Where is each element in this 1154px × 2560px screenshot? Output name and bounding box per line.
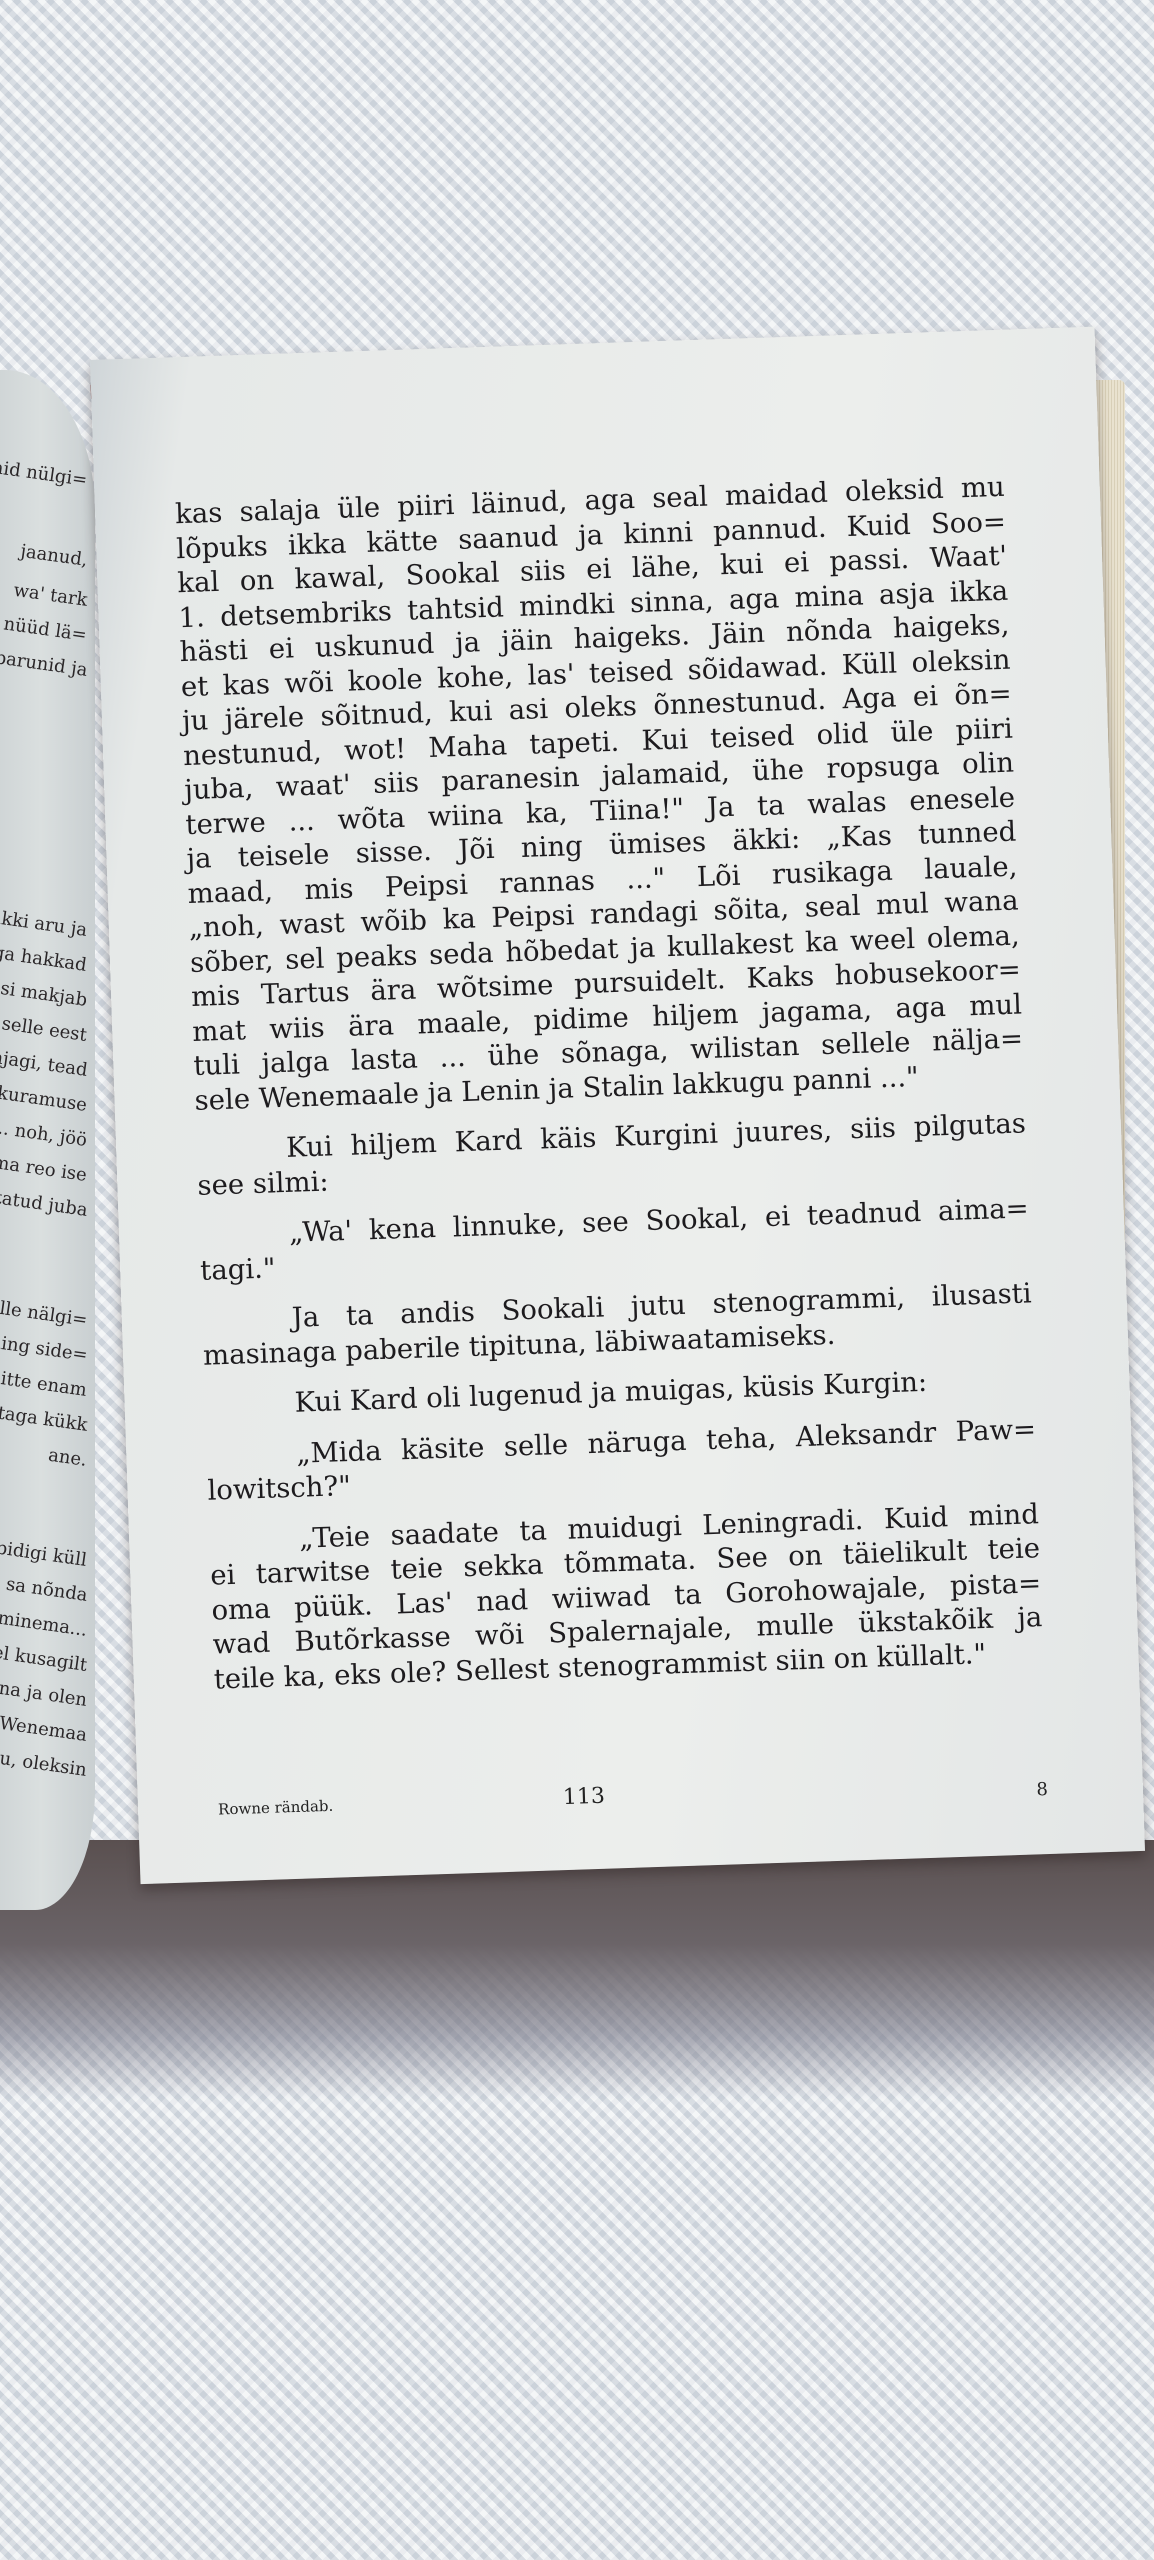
signature-mark: Rowne rändab. bbox=[218, 1797, 334, 1819]
left-page-text-fragment: ema reo ise bbox=[0, 1150, 88, 1185]
left-page-text-fragment: jaanud, bbox=[19, 541, 89, 571]
left-page-text-fragment: kku, oleksin bbox=[0, 1745, 88, 1781]
left-page-text-fragment: wa' tark bbox=[12, 580, 88, 611]
left-page-text-fragment: weel kusagilt bbox=[0, 1638, 88, 1676]
left-page-text-fragment: in selle eest bbox=[0, 1010, 88, 1046]
left-page-text-fragment: tatud juba bbox=[0, 1187, 88, 1221]
left-page-text-fragment: äkki aru ja bbox=[0, 907, 88, 941]
left-page-text-fragment: pajagi, tead bbox=[0, 1045, 88, 1081]
left-page-text-fragment: ane. bbox=[47, 1445, 88, 1471]
left-page: aid nülgi=jaanud,wa' tarknüüd lä=parunid… bbox=[0, 370, 95, 1910]
right-page: kas salaja üle piiri läinud, aga seal ma… bbox=[90, 327, 1145, 1884]
left-page-text-fragment: . kuramuse bbox=[0, 1081, 88, 1116]
left-page-text-fragment: a Wenemaa bbox=[0, 1710, 88, 1745]
page-footer: Rowne rändab. 113 8 bbox=[218, 1769, 1049, 1836]
left-page-text-fragment: ning side= bbox=[0, 1331, 88, 1365]
paragraph: „Teie saadate ta muidugi Leningradi. Kui… bbox=[209, 1497, 1044, 1697]
page-number: 113 bbox=[563, 1784, 606, 1810]
left-page-text-fragment: parunid ja bbox=[0, 647, 88, 681]
left-page-text-fragment: mitte enam bbox=[0, 1366, 88, 1401]
left-page-text-fragment: aspidigi küll bbox=[0, 1535, 88, 1571]
paragraph: kas salaja üle piiri läinud, aga seal ma… bbox=[175, 470, 1025, 1118]
left-page-text-fragment: aid nülgi= bbox=[0, 457, 88, 491]
left-page-text-fragment: a sa nõnda bbox=[0, 1571, 88, 1605]
left-page-text-fragment: na ja olen bbox=[0, 1678, 88, 1711]
left-page-text-fragment: asi makjab bbox=[0, 976, 88, 1010]
left-page-text-fragment: minema... bbox=[0, 1608, 88, 1641]
left-page-text-fragment: nüüd lä= bbox=[3, 613, 89, 645]
page-text: kas salaja üle piiri läinud, aga seal ma… bbox=[175, 470, 1044, 1697]
sheet-number: 8 bbox=[1036, 1779, 1048, 1800]
left-page-text-fragment: jega hakkad bbox=[0, 940, 88, 976]
left-page-text-fragment: taga kükk bbox=[0, 1403, 88, 1436]
left-page-text-fragment: selle nälgi= bbox=[0, 1295, 88, 1331]
left-page-text-fragment: .. noh, jöö bbox=[0, 1118, 88, 1151]
